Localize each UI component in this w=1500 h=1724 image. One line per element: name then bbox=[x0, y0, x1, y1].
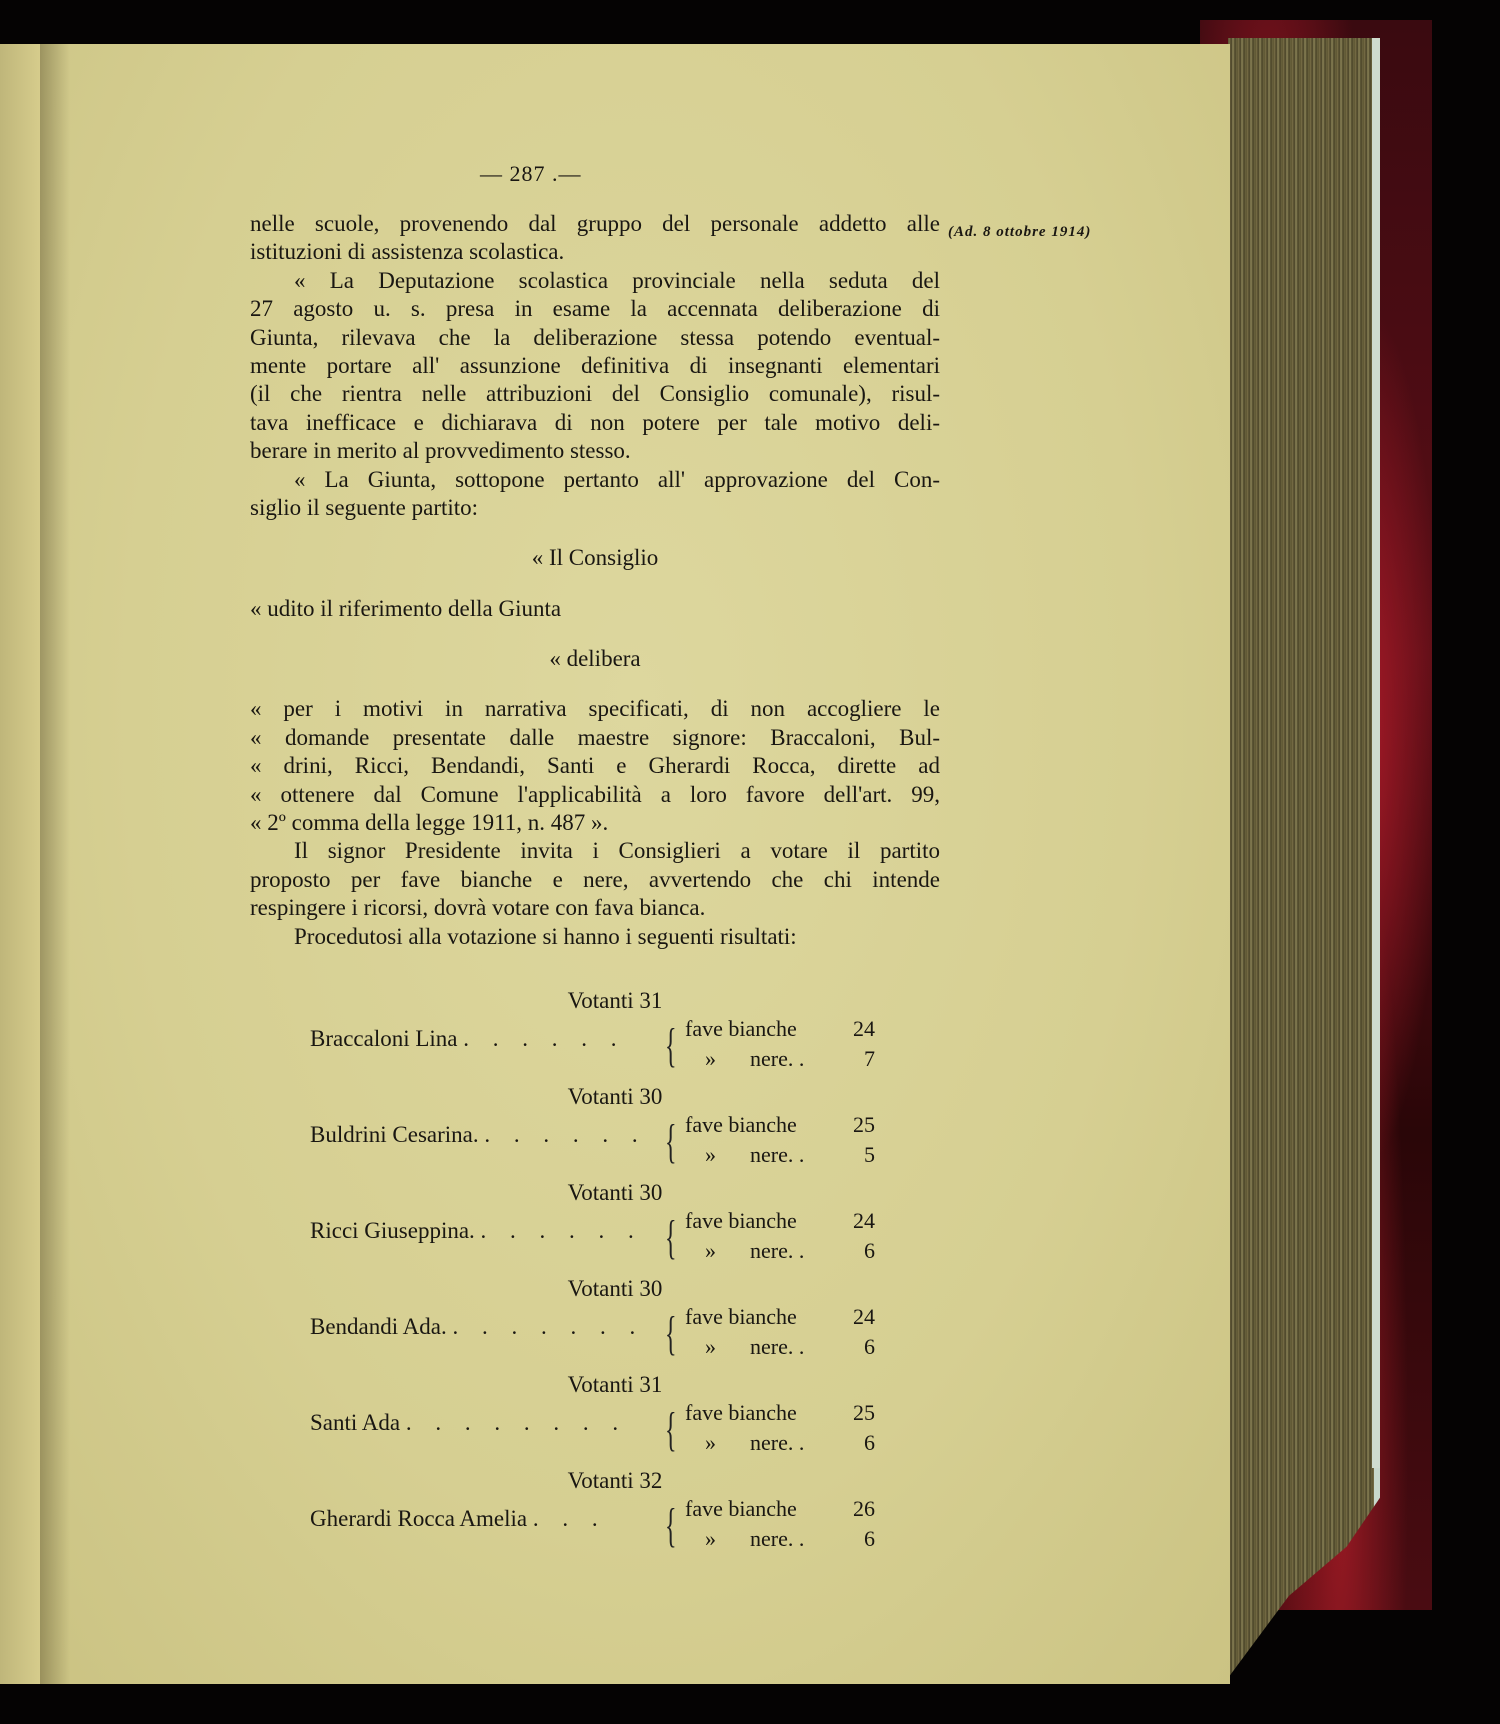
bianche-count: 24 bbox=[845, 1208, 875, 1234]
text-line: istituzioni di assistenza scolastica. bbox=[250, 238, 940, 266]
bianche-label: fave bianche bbox=[685, 1304, 797, 1330]
bianche-label: fave bianche bbox=[685, 1400, 797, 1426]
text-line: respingere i ricorsi, dovrà votare con f… bbox=[250, 894, 940, 922]
nere-count: 6 bbox=[845, 1526, 875, 1552]
nere-count: 6 bbox=[845, 1238, 875, 1264]
brace-icon: { bbox=[665, 1498, 677, 1554]
votanti-count: Votanti 30 bbox=[300, 1178, 900, 1208]
bianche-count: 25 bbox=[845, 1400, 875, 1426]
brace-icon: { bbox=[665, 1210, 677, 1266]
nere-label: nere. . bbox=[750, 1526, 804, 1552]
bianche-label: fave bianche bbox=[685, 1496, 797, 1522]
nere-count: 7 bbox=[845, 1046, 875, 1072]
nere-label: nere. . bbox=[750, 1430, 804, 1456]
votanti-count: Votanti 30 bbox=[300, 1082, 900, 1112]
ditto-mark: » bbox=[705, 1526, 716, 1552]
candidate-name: Santi Ada . . . . . . . . bbox=[310, 1410, 627, 1436]
ditto-mark: » bbox=[705, 1430, 716, 1456]
text-line: « La Deputazione scolastica provinciale … bbox=[250, 267, 940, 295]
brace-icon: { bbox=[665, 1306, 677, 1362]
ditto-mark: » bbox=[705, 1142, 716, 1168]
gutter-shadow bbox=[40, 44, 70, 1684]
votanti-count: Votanti 30 bbox=[300, 1274, 900, 1304]
text-line: 27 agosto u. s. presa in esame la accenn… bbox=[250, 295, 940, 323]
bianche-label: fave bianche bbox=[685, 1016, 797, 1042]
bianche-count: 25 bbox=[845, 1112, 875, 1138]
delibera-line: « 2º comma della legge 1911, n. 487 ». bbox=[250, 809, 940, 837]
ditto-mark: » bbox=[705, 1046, 716, 1072]
candidate-name: Bendandi Ada. . . . . . . . bbox=[310, 1314, 644, 1340]
body-text: nelle scuole, provenendo dal gruppo del … bbox=[250, 210, 940, 951]
brace-icon: { bbox=[665, 1114, 677, 1170]
bianche-label: fave bianche bbox=[685, 1208, 797, 1234]
bianche-label: fave bianche bbox=[685, 1112, 797, 1138]
heading-consiglio: « Il Consiglio bbox=[250, 544, 940, 572]
delibera-line: « per i motivi in narrativa specificati,… bbox=[250, 695, 940, 723]
brace-icon: { bbox=[665, 1018, 677, 1074]
votanti-count: Votanti 31 bbox=[300, 1370, 900, 1400]
spacer bbox=[250, 522, 940, 544]
text-line: Procedutosi alla votazione si hanno i se… bbox=[250, 923, 940, 951]
delibera-line: « drini, Ricci, Bendandi, Santi e Gherar… bbox=[250, 752, 940, 780]
page-edge-rim bbox=[1372, 38, 1380, 1468]
page-number: — 287 .— bbox=[480, 160, 582, 188]
vote-row: Braccaloni Lina . . . . . . { fave bianc… bbox=[300, 1016, 900, 1082]
page-edges bbox=[1228, 38, 1380, 1678]
bianche-count: 24 bbox=[845, 1304, 875, 1330]
spacer bbox=[250, 573, 940, 595]
candidate-name: Braccaloni Lina . . . . . . bbox=[310, 1026, 626, 1052]
text-line: proposto per fave bianche e nere, avvert… bbox=[250, 866, 940, 894]
heading-delibera: « delibera bbox=[250, 645, 940, 673]
text-line: tava inefficace e dichiarava di non pote… bbox=[250, 409, 940, 437]
nere-label: nere. . bbox=[750, 1142, 804, 1168]
text-line: Il signor Presidente invita i Consiglier… bbox=[250, 837, 940, 865]
votanti-count: Votanti 32 bbox=[300, 1466, 900, 1496]
vote-row: Buldrini Cesarina. . . . . . . { fave bi… bbox=[300, 1112, 900, 1178]
vote-row: Gherardi Rocca Amelia . . . { fave bianc… bbox=[300, 1496, 900, 1562]
delibera-line: « domande presentate dalle maestre signo… bbox=[250, 724, 940, 752]
nere-count: 6 bbox=[845, 1430, 875, 1456]
nere-label: nere. . bbox=[750, 1238, 804, 1264]
nere-label: nere. . bbox=[750, 1046, 804, 1072]
spacer bbox=[250, 673, 940, 695]
brace-icon: { bbox=[665, 1402, 677, 1458]
vote-results: Votanti 31 Braccaloni Lina . . . . . . {… bbox=[300, 986, 900, 1562]
nere-count: 6 bbox=[845, 1334, 875, 1360]
text-line: (il che rientra nelle attribuzioni del C… bbox=[250, 380, 940, 408]
delibera-line: « ottenere dal Comune l'applicabilità a … bbox=[250, 781, 940, 809]
bianche-count: 26 bbox=[845, 1496, 875, 1522]
spacer bbox=[250, 623, 940, 645]
candidate-name: Ricci Giuseppina. . . . . . . bbox=[310, 1218, 643, 1244]
vote-row: Santi Ada . . . . . . . . { fave bianche… bbox=[300, 1400, 900, 1466]
margin-date-note: (Ad. 8 ottobre 1914) bbox=[948, 218, 1091, 246]
udito-line: « udito il riferimento della Giunta bbox=[250, 595, 940, 623]
ditto-mark: » bbox=[705, 1238, 716, 1264]
facing-page-edge bbox=[0, 44, 42, 1684]
nere-count: 5 bbox=[845, 1142, 875, 1168]
text-line: nelle scuole, provenendo dal gruppo del … bbox=[250, 210, 940, 238]
candidate-name: Buldrini Cesarina. . . . . . . bbox=[310, 1122, 647, 1148]
votanti-count: Votanti 31 bbox=[300, 986, 900, 1016]
vote-row: Bendandi Ada. . . . . . . . { fave bianc… bbox=[300, 1304, 900, 1370]
text-line: mente portare all' assunzione definitiva… bbox=[250, 352, 940, 380]
text-line: berare in merito al provvedimento stesso… bbox=[250, 437, 940, 465]
text-line: Giunta, rilevava che la deliberazione st… bbox=[250, 324, 940, 352]
text-line: « La Giunta, sottopone pertanto all' app… bbox=[250, 466, 940, 494]
text-line: siglio il seguente partito: bbox=[250, 494, 940, 522]
nere-label: nere. . bbox=[750, 1334, 804, 1360]
bianche-count: 24 bbox=[845, 1016, 875, 1042]
vote-row: Ricci Giuseppina. . . . . . . { fave bia… bbox=[300, 1208, 900, 1274]
ditto-mark: » bbox=[705, 1334, 716, 1360]
candidate-name: Gherardi Rocca Amelia . . . bbox=[310, 1506, 607, 1532]
